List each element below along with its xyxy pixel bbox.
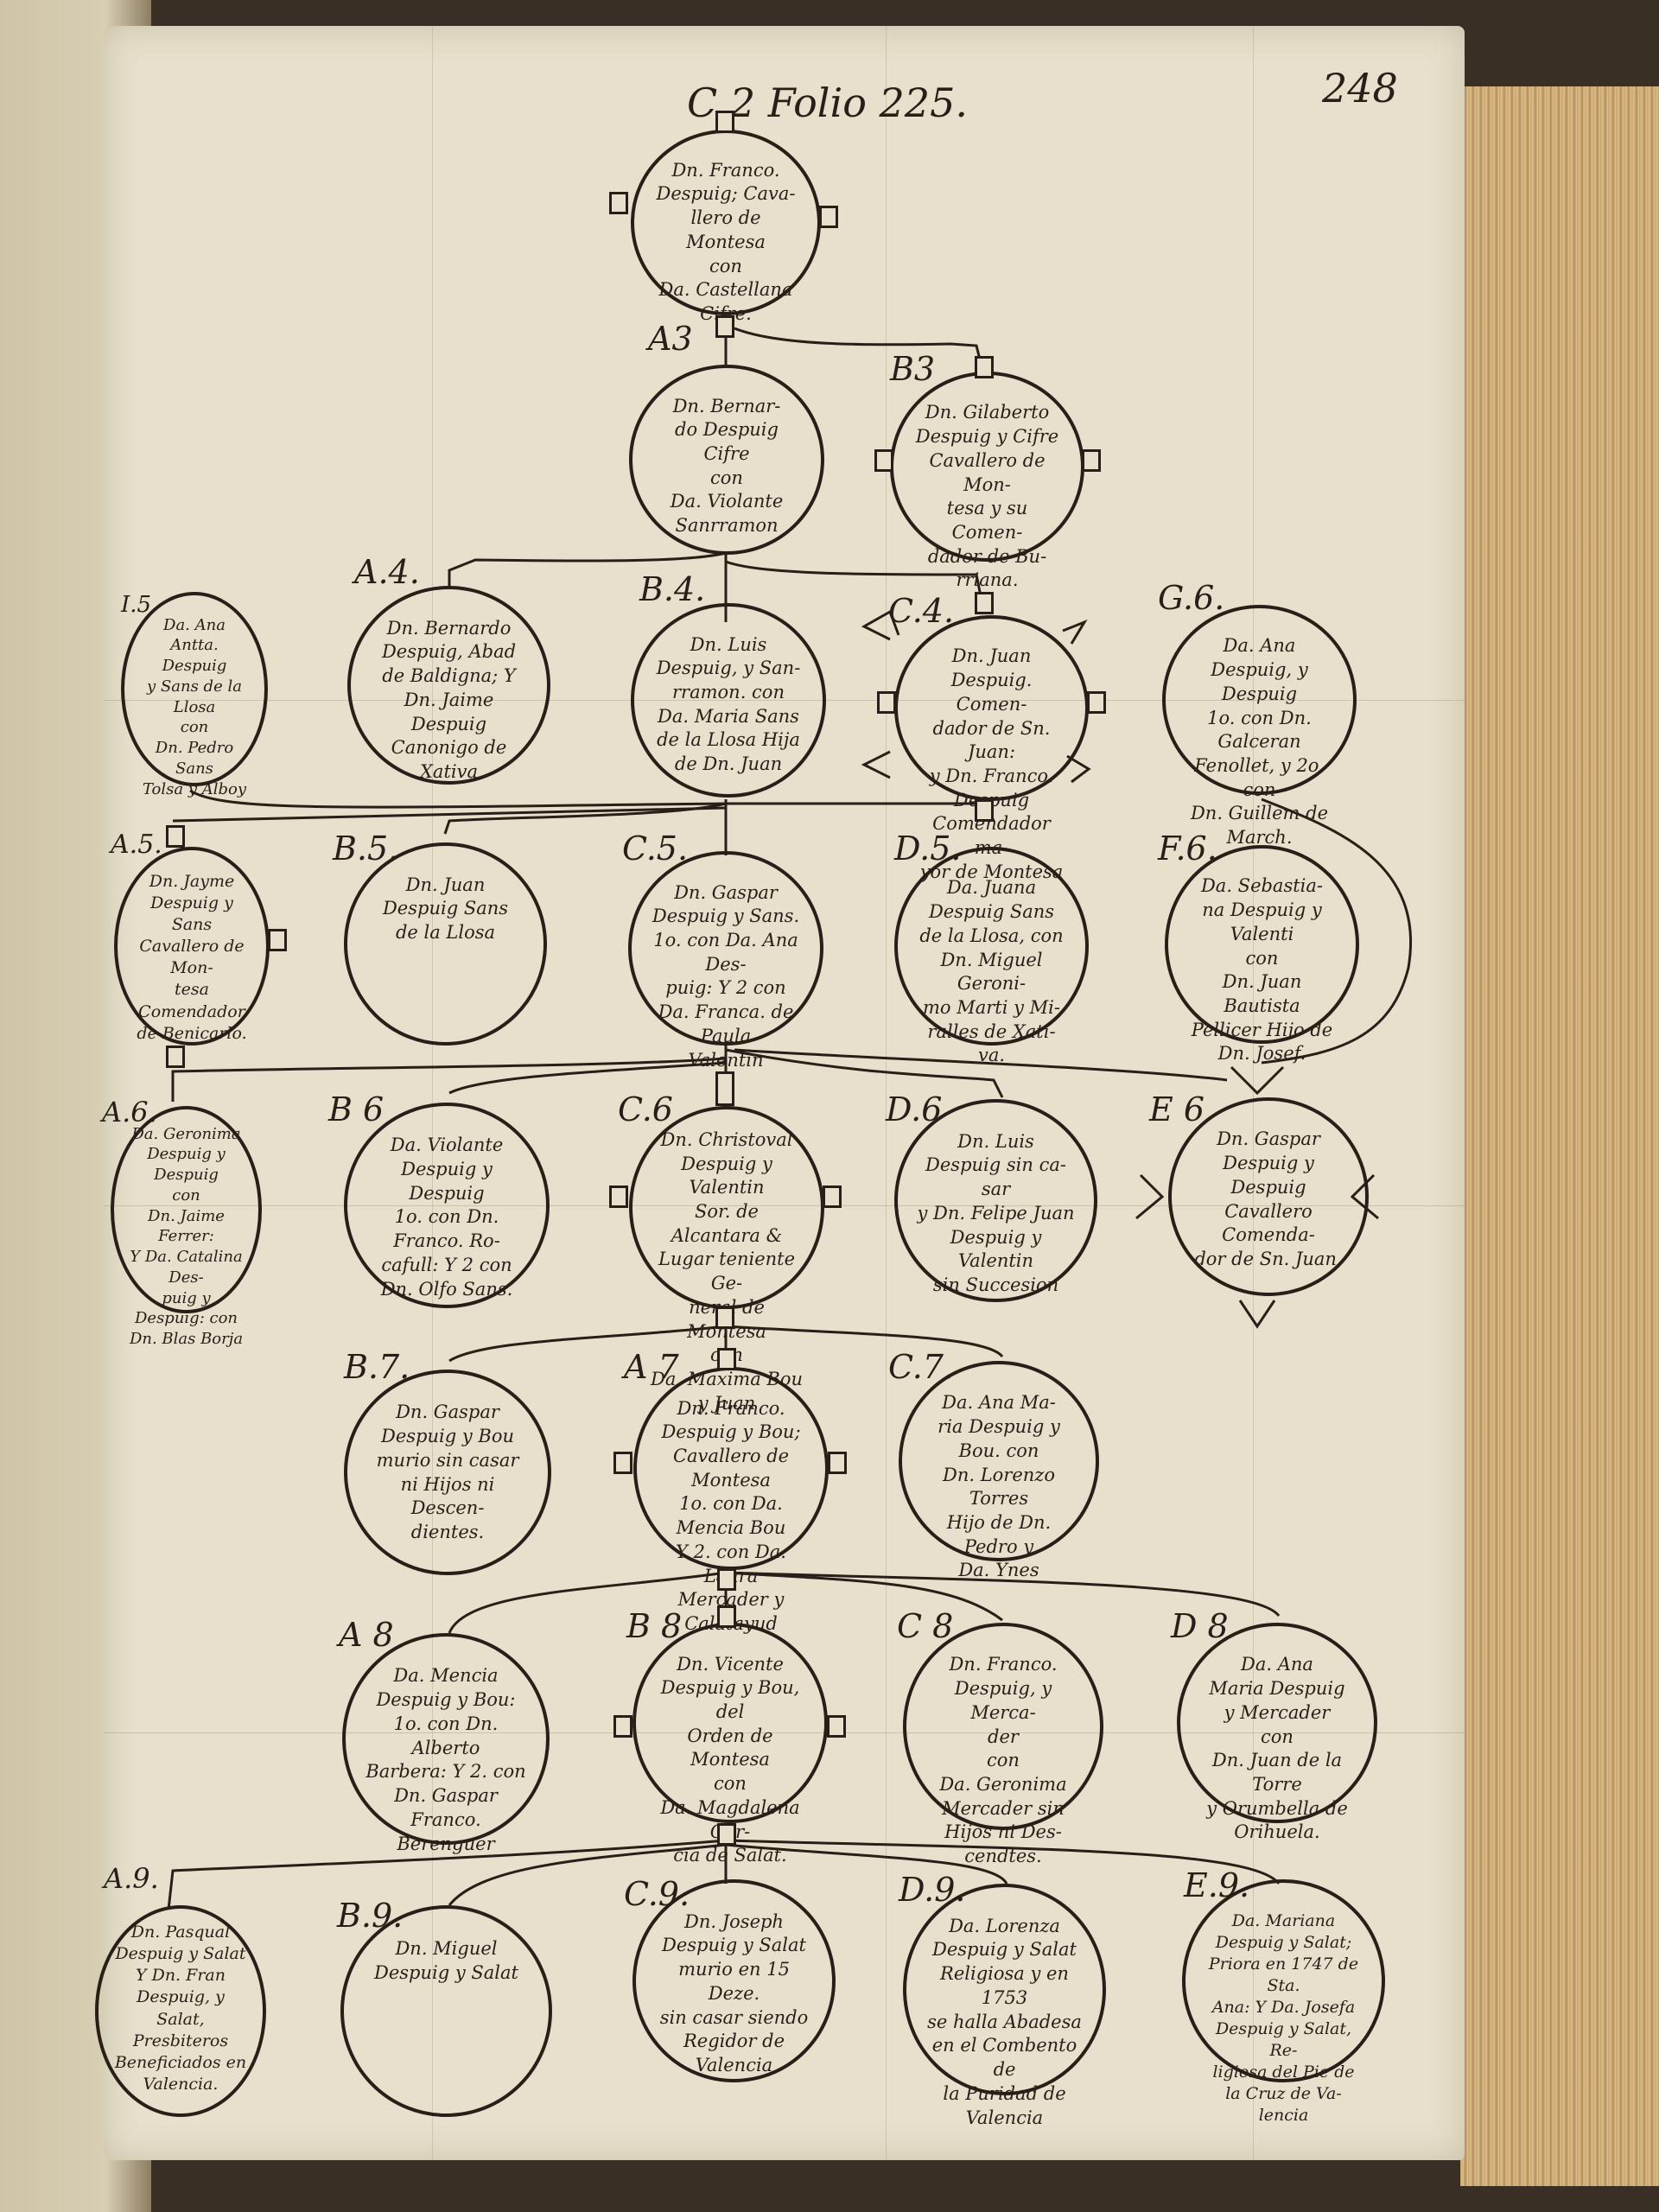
- node-connector-tab: [874, 449, 893, 472]
- node-connector-tab: [717, 1568, 736, 1591]
- node-text: Dn. Juan Despuig Sans de la Llosa: [365, 874, 525, 945]
- tree-node-C4: Dn. Juan Despuig. Comen- dador de Sn. Ju…: [894, 615, 1089, 801]
- tree-node-D5: Da. Juana Despuig Sans de la Llosa, con …: [894, 847, 1089, 1046]
- tree-node-B3: Dn. Gilaberto Despuig y Cifre Cavallero …: [890, 372, 1084, 562]
- tree-node-E9: Da. Mariana Despuig y Salat; Priora en 1…: [1182, 1879, 1385, 2082]
- node-text: Dn. Franco. Despuig y Bou; Cavallero de …: [654, 1397, 809, 1637]
- tree-node-B7: Dn. Gaspar Despuig y Bou murio sin casar…: [344, 1370, 551, 1575]
- node-label: B3: [890, 350, 935, 388]
- tree-connector-lines: [0, 0, 1659, 2212]
- tree-node-C9: Dn. Joseph Despuig y Salat murio en 15 D…: [632, 1879, 836, 2082]
- node-connector-tab: [975, 592, 994, 614]
- node-text: Dn. Bernar- do Despuig Cifre con Da. Vio…: [650, 395, 804, 538]
- tree-node-D9: Da. Lorenza Despuig y Salat Religiosa y …: [903, 1884, 1106, 2095]
- node-text: Da. Ana Antta. Despuig y Sans de la Llos…: [137, 615, 252, 800]
- node-connector-tab: [975, 356, 994, 378]
- node-label: B 8: [626, 1607, 682, 1645]
- node-connector-tab: [166, 825, 185, 848]
- node-connector-tab: [613, 1715, 632, 1738]
- node-connector-tab: [1082, 449, 1101, 472]
- node-text: Da. Lorenza Despuig y Salat Religiosa y …: [924, 1915, 1084, 2130]
- node-text: Da. Mencia Despuig y Bou: 1o. con Dn. Al…: [364, 1664, 528, 1856]
- tree-node-B4: Dn. Luis Despuig, y San- rramon. con Da.…: [631, 603, 826, 798]
- node-text: Da. Violante Despuig y Despuig 1o. con D…: [365, 1134, 529, 1301]
- tree-node-F6: Da. Sebastia- na Despuig y Valenti con D…: [1165, 845, 1359, 1044]
- node-label: A.5.: [111, 829, 162, 860]
- node-connector-tab: [268, 929, 287, 951]
- node-label: A 7: [624, 1348, 679, 1386]
- tree-node-I5: Da. Ana Antta. Despuig y Sans de la Llos…: [121, 592, 268, 786]
- node-label: A3: [648, 320, 693, 358]
- node-label: C.6: [618, 1090, 673, 1128]
- node-label: C.4.: [888, 592, 954, 630]
- tree-node-B8: Dn. Vicente Despuig y Bou, del Orden de …: [632, 1623, 828, 1823]
- node-connector-tab: [609, 192, 628, 214]
- node-connector-tab: [715, 315, 734, 338]
- node-connector-tab: [166, 1046, 185, 1068]
- node-connector-tab: [827, 1715, 846, 1738]
- node-text: Dn. Franco. Despuig, y Merca- der con Da…: [924, 1653, 1083, 1868]
- node-text: Da. Ana Ma- ria Despuig y Bou. con Dn. L…: [919, 1391, 1078, 1583]
- node-label: A 8: [339, 1616, 394, 1654]
- node-connector-tab: [613, 1452, 632, 1474]
- node-text: Dn. Bernardo Despuig, Abad de Baldigna; …: [368, 617, 529, 785]
- node-text: Da. Ana Despuig, y Despuig 1o. con Dn. G…: [1183, 634, 1337, 849]
- node-connector-tab: [715, 1071, 734, 1106]
- node-connector-tab: [823, 1185, 842, 1208]
- tree-node-E6: Dn. Gaspar Despuig y Despuig Cavallero C…: [1168, 1097, 1369, 1296]
- node-text: Dn. Jayme Despuig y Sans Cavallero de Mo…: [130, 871, 252, 1045]
- node-connector-tab: [715, 1306, 734, 1329]
- tree-node-A6: Da. Geronima Despuig y Despuig con Dn. J…: [111, 1106, 262, 1313]
- node-text: Dn. Luis Despuig sin ca- sar y Dn. Felip…: [915, 1130, 1076, 1298]
- node-connector-tab: [1087, 691, 1106, 714]
- node-text: Dn. Luis Despuig, y San- rramon. con Da.…: [652, 633, 806, 777]
- node-label: A.4.: [354, 553, 420, 591]
- node-text: Dn. Gaspar Despuig y Despuig Cavallero C…: [1189, 1128, 1348, 1271]
- tree-node-A9: Dn. Pasqual Despuig y Salat Y Dn. Fran D…: [95, 1905, 266, 2117]
- node-label: C.5.: [622, 829, 688, 868]
- node-label: C 8: [897, 1607, 953, 1645]
- tree-node-D6: Dn. Luis Despuig sin ca- sar y Dn. Felip…: [894, 1099, 1097, 1302]
- tree-node-A5: Dn. Jayme Despuig y Sans Cavallero de Mo…: [114, 847, 270, 1046]
- node-connector-tab: [717, 1348, 736, 1370]
- tree-node-A7: Dn. Franco. Despuig y Bou; Cavallero de …: [633, 1367, 829, 1570]
- node-connector-tab: [877, 691, 896, 714]
- node-connector-tab: [715, 111, 734, 133]
- node-connector-tab: [819, 206, 838, 228]
- tree-node-C7: Da. Ana Ma- ria Despuig y Bou. con Dn. L…: [899, 1361, 1099, 1561]
- node-connector-tab: [717, 1823, 736, 1846]
- tree-node-B5: Dn. Juan Despuig Sans de la Llosa: [344, 842, 547, 1046]
- node-connector-tab: [828, 1452, 847, 1474]
- tree-node-D8: Da. Ana Maria Despuig y Mercader con Dn.…: [1177, 1623, 1377, 1823]
- node-text: Dn. Pasqual Despuig y Salat Y Dn. Fran D…: [113, 1922, 248, 2095]
- node-connector-tab: [717, 1605, 736, 1628]
- node-text: Dn. Gilaberto Despuig y Cifre Cavallero …: [911, 401, 1065, 593]
- node-label: G.6.: [1158, 579, 1224, 617]
- node-text: Dn. Gaspar Despuig y Bou murio sin casar…: [365, 1401, 530, 1544]
- node-text: Da. Ana Maria Despuig y Mercader con Dn.…: [1198, 1653, 1357, 1845]
- node-connector-tab: [975, 799, 994, 822]
- tree-node-C5: Dn. Gaspar Despuig y Sans. 1o. con Da. A…: [628, 851, 823, 1046]
- node-text: Dn. Franco. Despuig; Cava- llero de Mont…: [651, 159, 801, 327]
- tree-node-G6: Da. Ana Despuig, y Despuig 1o. con Dn. G…: [1162, 605, 1357, 795]
- tree-node-C6: Dn. Christoval Despuig y Valentin Sor. d…: [629, 1106, 824, 1309]
- tree-node-B6: Da. Violante Despuig y Despuig 1o. con D…: [344, 1103, 550, 1308]
- tree-node-A8: Da. Mencia Despuig y Bou: 1o. con Dn. Al…: [342, 1633, 550, 1845]
- tree-node-B9: Dn. Miguel Despuig y Salat: [340, 1905, 552, 2117]
- tree-node-root: Dn. Franco. Despuig; Cava- llero de Mont…: [631, 130, 821, 315]
- node-text: Da. Juana Despuig Sans de la Llosa, con …: [915, 876, 1069, 1068]
- node-text: Dn. Joseph Despuig y Salat murio en 15 D…: [653, 1910, 814, 2078]
- node-text: Da. Geronima Despuig y Despuig con Dn. J…: [127, 1124, 245, 1350]
- node-text: Dn. Gaspar Despuig y Sans. 1o. con Da. A…: [649, 881, 804, 1073]
- node-label: B.4.: [639, 570, 705, 608]
- tree-node-A4: Dn. Bernardo Despuig, Abad de Baldigna; …: [347, 586, 550, 785]
- node-label: B 6: [328, 1090, 384, 1128]
- node-label: E 6: [1149, 1090, 1205, 1128]
- node-text: Da. Sebastia- na Despuig y Valenti con D…: [1185, 874, 1339, 1066]
- tree-node-A3: Dn. Bernar- do Despuig Cifre con Da. Vio…: [629, 365, 824, 555]
- node-text: Dn. Miguel Despuig y Salat: [362, 1937, 530, 1985]
- node-label: A.9.: [104, 1862, 159, 1895]
- node-text: Da. Mariana Despuig y Salat; Priora en 1…: [1203, 1910, 1363, 2127]
- tree-node-C8: Dn. Franco. Despuig, y Merca- der con Da…: [903, 1623, 1103, 1830]
- node-connector-tab: [609, 1185, 628, 1208]
